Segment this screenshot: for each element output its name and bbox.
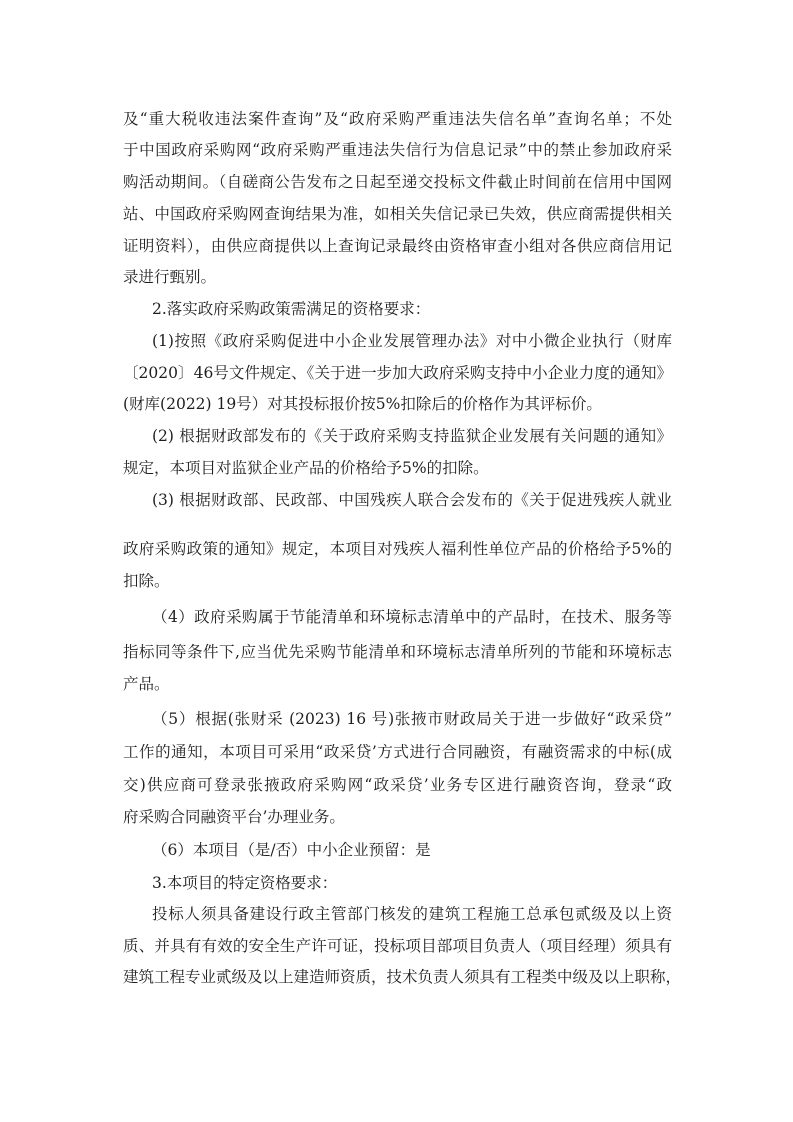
text-line: (1)按照《政府采购促进中小企业发展管理办法》对中小微企业执行（财库 <box>152 331 672 351</box>
text-line: 投标人须具备建设行政主管部门核发的建筑工程施工总承包贰级及以上资 <box>152 904 672 924</box>
text-line: 购活动期间。（自磋商公告发布之日起至递交投标文件截止时间前在信用中国网 <box>123 172 672 192</box>
text-line: 证明资料），由供应商提供以上查询记录最终由资格审查小组对各供应商信用记 <box>123 236 672 256</box>
text-line: 建筑工程专业贰级及以上建造师资质，技术负责人须具有工程类中级及以上职称， <box>123 967 672 987</box>
text-line: 交)供应商可登录张掖政府采购网“政采贷’业务专区进行融资咨询，登录“政 <box>123 775 672 795</box>
text-line: （5）根据(张财采 (2023) 16 号)张掖市财政局关于进一步做好“政采贷” <box>152 709 672 729</box>
text-line: （6）本项目（是/否）中小企业预留：是 <box>152 840 672 860</box>
text-line: （4）政府采购属于节能清单和环境标志清单中的产品时，在技术、服务等 <box>152 607 672 627</box>
text-line: 3.本项目的特定资格要求： <box>152 873 672 893</box>
text-line: 产品。 <box>123 674 672 694</box>
text-line: (2) 根据财政部发布的《关于政府采购支持监狱企业发展有关问题的通知》 <box>152 426 672 446</box>
text-line: 质、并具有有效的安全生产许可证，投标项目部项目负责人（项目经理）须具有 <box>123 936 672 956</box>
text-line: 府采购合同融资平台’办理业务。 <box>123 807 672 827</box>
text-line: 站、中国政府采购网查询结果为准，如相关失信记录已失效，供应商需提供相关 <box>123 204 672 224</box>
text-line: 指标同等条件下,应当优先采购节能清单和环境标志清单所列的节能和环境标志 <box>123 642 672 662</box>
text-line: 2.落实政府采购政策需满足的资格要求： <box>152 299 672 319</box>
text-line: 及“重大税收违法案件查询”及“政府采购严重违法失信名单”查询名单；不处 <box>123 109 672 129</box>
text-line: 〔2020〕46号文件规定、《关于进一步加大政府采购支持中小企业力度的通知》 <box>123 363 672 383</box>
text-line: 于中国政府采购网“政府采购严重违法失信行为信息记录”中的禁止参加政府采 <box>123 140 672 160</box>
text-line: (3) 根据财政部、民政部、中国残疾人联合会发布的《关于促进残疾人就业 <box>152 490 672 510</box>
document-page: 及“重大税收违法案件查询”及“政府采购严重违法失信名单”查询名单；不处于中国政府… <box>0 0 793 1122</box>
text-line: 政府采购政策的通知》规定，本项目对残疾人福利性单位产品的价格给予5%的 <box>123 539 672 559</box>
text-line: 工作的通知，本项目可采用“政采贷’方式进行合同融资，有融资需求的中标(成 <box>123 742 672 762</box>
text-line: 规定，本项目对监狱企业产品的价格给予5%的扣除。 <box>123 458 672 478</box>
text-line: (财库(2022) 19号）对其投标报价按5%扣除后的价格作为其评标价。 <box>123 394 672 414</box>
text-line: 录进行甄别。 <box>123 267 672 287</box>
text-line: 扣除。 <box>123 571 672 591</box>
